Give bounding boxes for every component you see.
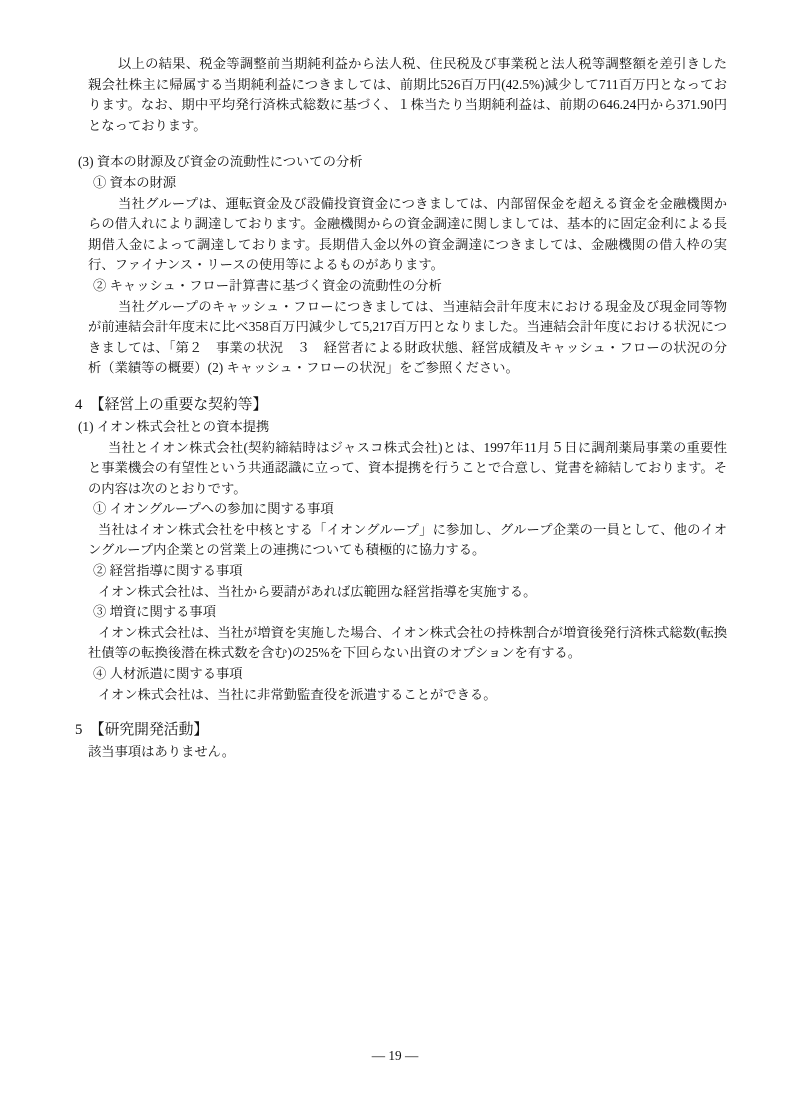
document-body: 以上の結果、税金等調整前当期純利益から法人税、住民税及び事業税と法人税等調整額を… bbox=[0, 54, 790, 763]
paragraph-management-guidance: イオン株式会社は、当社から要請があれば広範囲な経営指導を実施する。 bbox=[88, 582, 727, 603]
paragraph-capital-sources: 当社グループは、運転資金及び設備投資資金につきましては、内部留保金を超える資金を… bbox=[88, 194, 727, 276]
heading-c1-aeon-group-participation: ① イオングループへの参加に関する事項 bbox=[93, 499, 750, 520]
page-number: — 19 — bbox=[0, 1046, 790, 1067]
heading-c3-capital-increase: ③ 増資に関する事項 bbox=[93, 602, 750, 623]
heading-c1-capital-sources: ① 資本の財源 bbox=[93, 173, 750, 194]
document-page: 以上の結果、税金等調整前当期純利益から法人税、住民税及び事業税と法人税等調整額を… bbox=[0, 0, 790, 1118]
paragraph-aeon-group-participation: 当社はイオン株式会社を中核とする「イオングループ」に参加し、グループ企業の一員と… bbox=[88, 520, 727, 561]
heading-c4-personnel-dispatch: ④ 人材派遣に関する事項 bbox=[93, 664, 750, 685]
section-4-important-contracts-heading: 4 【経営上の重要な契約等】 bbox=[75, 394, 750, 417]
section-5-research-development-heading: 5 【研究開発活動】 bbox=[75, 719, 750, 742]
heading-3-capital-funding-liquidity-analysis: (3) 資本の財源及び資金の流動性についての分析 bbox=[78, 152, 750, 173]
paragraph-personnel-dispatch: イオン株式会社は、当社に非常勤監査役を派遣することができる。 bbox=[88, 685, 727, 706]
heading-c2-management-guidance: ② 経営指導に関する事項 bbox=[93, 561, 750, 582]
heading-c2-cashflow-liquidity-analysis: ② キャッシュ・フロー計算書に基づく資金の流動性の分析 bbox=[93, 276, 750, 297]
paragraph-aeon-alliance-overview: 当社とイオン株式会社(契約締結時はジャスコ株式会社)とは、1997年11月５日に… bbox=[88, 438, 727, 500]
paragraph-no-applicable-items: 該当事項はありません。 bbox=[88, 742, 727, 763]
paragraph-net-income-result: 以上の結果、税金等調整前当期純利益から法人税、住民税及び事業税と法人税等調整額を… bbox=[88, 54, 727, 136]
paragraph-cashflow-liquidity: 当社グループのキャッシュ・フローにつきましては、当連結会計年度末における現金及び… bbox=[88, 297, 727, 379]
heading-1-aeon-capital-alliance: (1) イオン株式会社との資本提携 bbox=[78, 417, 750, 438]
paragraph-capital-increase-option: イオン株式会社は、当社が増資を実施した場合、イオン株式会社の持株割合が増資後発行… bbox=[88, 623, 727, 664]
